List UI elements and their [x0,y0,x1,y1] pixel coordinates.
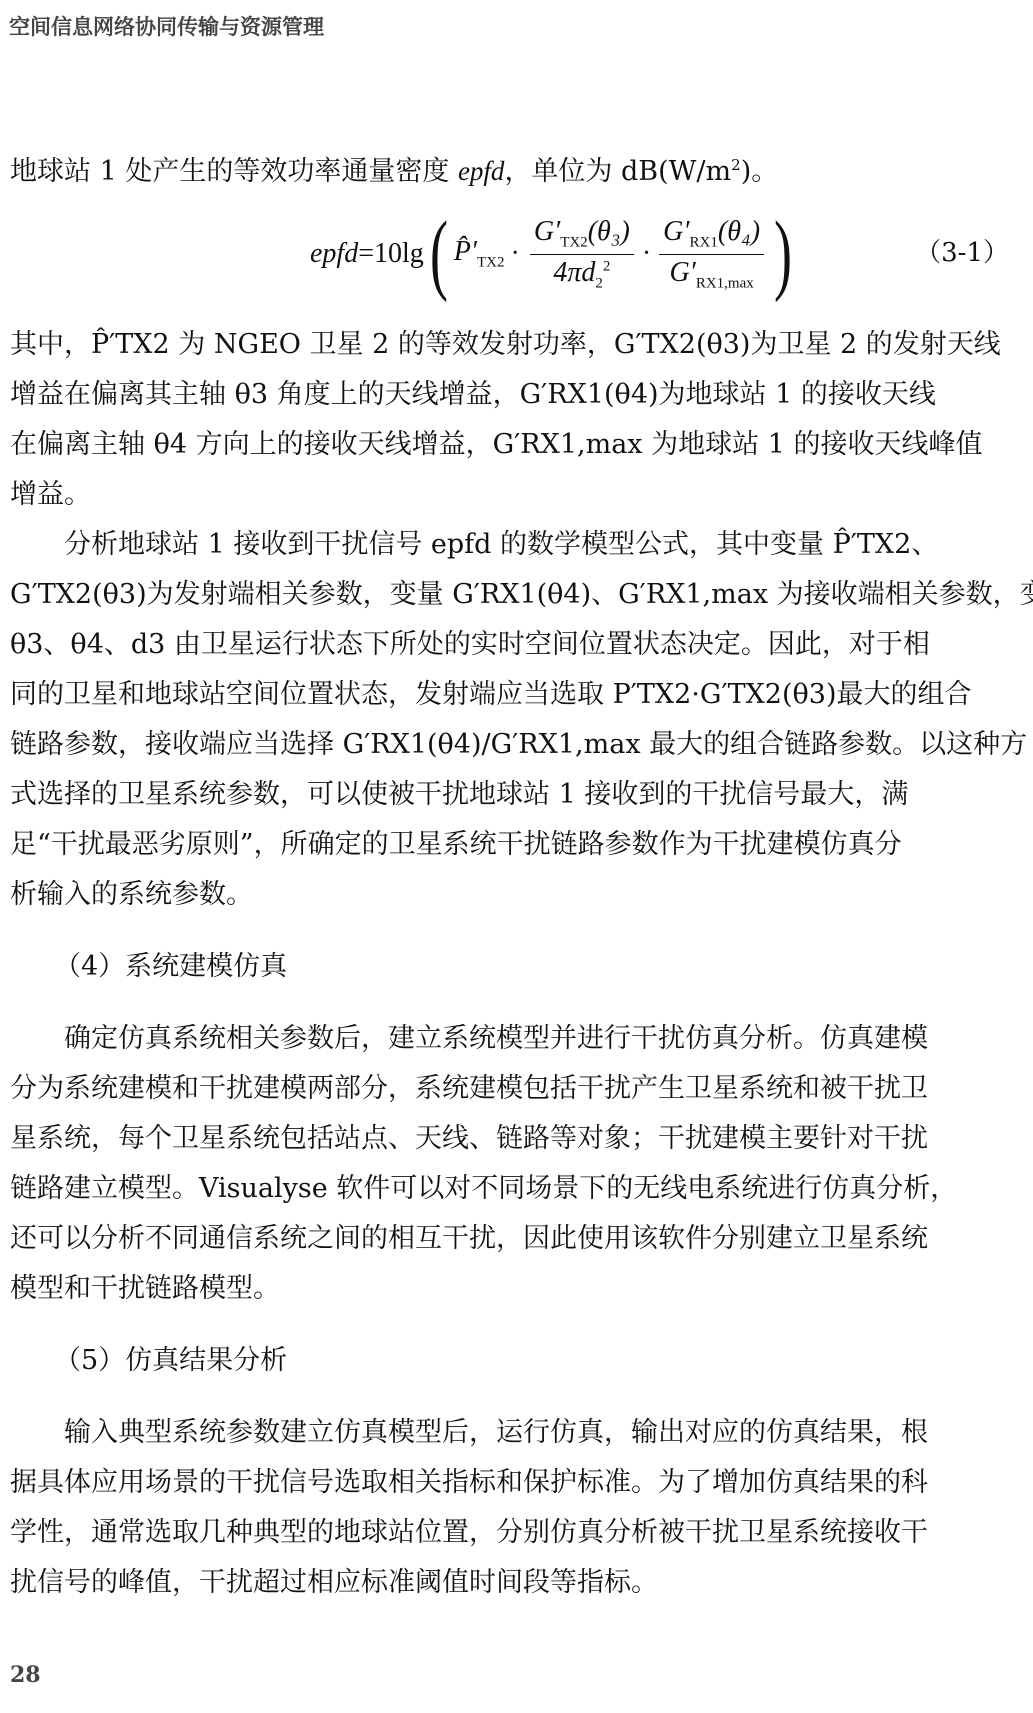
text-line: 扰信号的峰值，干扰超过相应标准阈值时间段等指标。 [10,1558,1025,1608]
power-symbol: P̂′ [454,236,477,267]
text-line: 模型和干扰链路模型。 [10,1264,1025,1314]
intro-line: 地球站 1 处产生的等效功率通量密度 epfd，单位为 dB(W/m2)。 [10,140,1025,190]
eq-power: P̂′TX2 [454,236,505,272]
fraction-2: G′RX1(θ₄) G′RX1,max [659,216,764,292]
g1: G′ [534,216,560,247]
text-line: 分析地球站 1 接收到干扰信号 epfd 的数学模型公式，其中变量 P̂′TX2… [10,520,1025,570]
text-line: 链路参数，接收端应当选择 G′RX1(θ4)/G′RX1,max 最大的组合链路… [10,720,1025,770]
den1-sub: 2 [595,275,603,291]
text-line: 同的卫星和地球站空间位置状态，发射端应当选取 P′TX2·G′TX2(θ3)最大… [10,670,1025,720]
running-header: 空间信息网络协同传输与资源管理 [9,11,324,41]
text-line: 析输入的系统参数。 [10,870,1025,920]
right-paren: ) [774,199,792,309]
g2: G′ [663,216,689,247]
text-line: 增益在偏离其主轴 θ3 角度上的天线增益，G′RX1(θ4)为地球站 1 的接收… [10,370,1025,420]
text-line: 足“干扰最恶劣原则”，所确定的卫星系统干扰链路参数作为干扰建模仿真分 [10,820,1025,870]
eq-lhs: epfd [310,238,358,270]
text-line: 其中，P̂′TX2 为 NGEO 卫星 2 的等效发射功率，G′TX2(θ3)为… [10,320,1025,370]
page-number: 28 [10,1662,41,1688]
text-line: 输入典型系统参数建立仿真模型后，运行仿真，输出对应的仿真结果，根 [10,1408,1025,1458]
den1-sup: 2 [603,258,611,274]
g3-sub: RX1,max [696,275,754,291]
g1-sub: TX2 [560,235,588,251]
section-4-paragraph: 确定仿真系统相关参数后，建立系统模型并进行干扰仿真分析。仿真建模 分为系统建模和… [10,1014,1025,1314]
g2-sub: RX1 [690,235,718,251]
analysis-paragraph: 分析地球站 1 接收到干扰信号 epfd 的数学模型公式，其中变量 P̂′TX2… [10,520,1025,920]
den1: 4πd [553,257,595,288]
intro-text: 地球站 1 处产生的等效功率通量密度 [10,156,458,187]
equation-label: （3-1） [915,232,1009,269]
text-line: 确定仿真系统相关参数后，建立系统模型并进行干扰仿真分析。仿真建模 [10,1014,1025,1064]
definitions-paragraph: 其中，P̂′TX2 为 NGEO 卫星 2 的等效发射功率，G′TX2(θ3)为… [10,320,1025,520]
text-line: G′TX2(θ3)为发射端相关参数，变量 G′RX1(θ4)、G′RX1,max… [10,570,1025,620]
text-line: 链路建立模型。Visualyse 软件可以对不同场景下的无线电系统进行仿真分析， [10,1164,1025,1214]
text-line: 增益。 [10,470,1025,520]
text-line: θ3、θ4、d3 由卫星运行状态下所处的实时空间位置状态决定。因此，对于相 [10,620,1025,670]
text-line: 在偏离主轴 θ4 方向上的接收天线增益，G′RX1,max 为地球站 1 的接收… [10,420,1025,470]
g2-arg: (θ₄) [718,216,760,247]
page-body: 地球站 1 处产生的等效功率通量密度 epfd，单位为 dB(W/m2)。 ep… [10,140,1025,1608]
equation-body: epfd =10lg ( P̂′TX2 · G′TX2(θ₃) 4πd22 · … [310,194,798,314]
section-4-heading: （4）系统建模仿真 [10,942,1025,992]
g1-arg: (θ₃) [588,216,630,247]
section-5-paragraph: 输入典型系统参数建立仿真模型后，运行仿真，输出对应的仿真结果，根 据具体应用场景… [10,1408,1025,1608]
text-line: 还可以分析不同通信系统之间的相互干扰，因此使用该软件分别建立卫星系统 [10,1214,1025,1264]
text-line: 据具体应用场景的干扰信号选取相关指标和保护标准。为了增加仿真结果的科 [10,1458,1025,1508]
section-5-heading: （5）仿真结果分析 [10,1336,1025,1386]
unit-exponent: 2 [731,156,741,174]
intro-unit: ，单位为 dB(W/m [504,156,731,187]
left-paren: ( [430,199,448,309]
text-line: 式选择的卫星系统参数，可以使被干扰地球站 1 接收到的干扰信号最大，满 [10,770,1025,820]
intro-end: )。 [741,156,779,187]
epfd-var: epfd [458,156,505,186]
equation-3-1: epfd =10lg ( P̂′TX2 · G′TX2(θ₃) 4πd22 · … [10,194,1025,314]
g3: G′ [669,257,695,288]
text-line: 分为系统建模和干扰建模两部分，系统建模包括干扰产生卫星系统和被干扰卫 [10,1064,1025,1114]
text-line: 学性，通常选取几种典型的地球站位置，分别仿真分析被干扰卫星系统接收干 [10,1508,1025,1558]
eq-operator: =10lg [358,238,424,270]
text-line: 星系统，每个卫星系统包括站点、天线、链路等对象；干扰建模主要针对干扰 [10,1114,1025,1164]
power-sub: TX2 [477,255,505,271]
fraction-1: G′TX2(θ₃) 4πd22 [530,216,634,292]
